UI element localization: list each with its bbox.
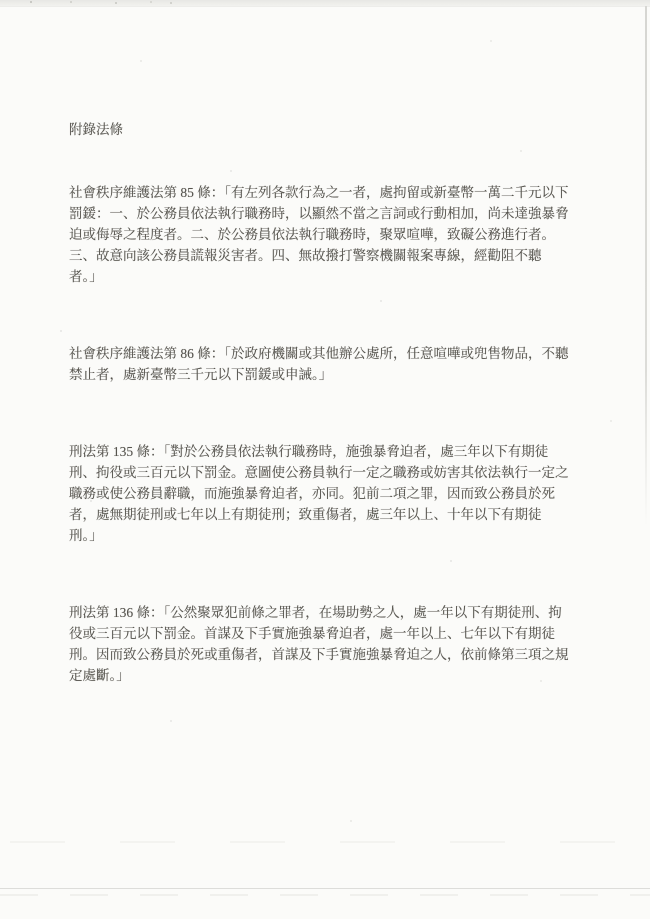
scanned-document-page: 附錄法條 社會秩序維護法第 85 條：「有左列各款行為之一者，處拘留或新臺幣一萬… <box>0 0 650 919</box>
scan-artifact-faint-streak <box>10 841 630 843</box>
law-article-soma-86: 社會秩序維護法第 86 條：「於政府機關或其他辦公處所，任意喧嘩或兜售物品，不聽… <box>69 343 589 385</box>
scan-artifact-right-edge-line <box>645 6 647 526</box>
appendix-title: 附錄法條 <box>69 119 589 140</box>
scan-artifact-bottom-line <box>0 888 650 889</box>
scan-artifact-top-specks <box>30 1 32 3</box>
law-article-soma-85: 社會秩序維護法第 85 條：「有左列各款行為之一者，處拘留或新臺幣一萬二千元以下… <box>69 182 589 287</box>
scan-artifact-bottom-streak <box>0 894 650 896</box>
law-article-criminal-135: 刑法第 135 條：「對於公務員依法執行職務時，施強暴脅迫者，處三年以下有期徒 … <box>69 441 589 546</box>
law-article-criminal-136: 刑法第 136 條：「公然聚眾犯前條之罪者，在場助勢之人，處一年以下有期徒刑、拘… <box>69 602 589 686</box>
scan-artifact-top-edge <box>0 0 650 7</box>
document-body: 附錄法條 社會秩序維護法第 85 條：「有左列各款行為之一者，處拘留或新臺幣一萬… <box>69 77 589 728</box>
